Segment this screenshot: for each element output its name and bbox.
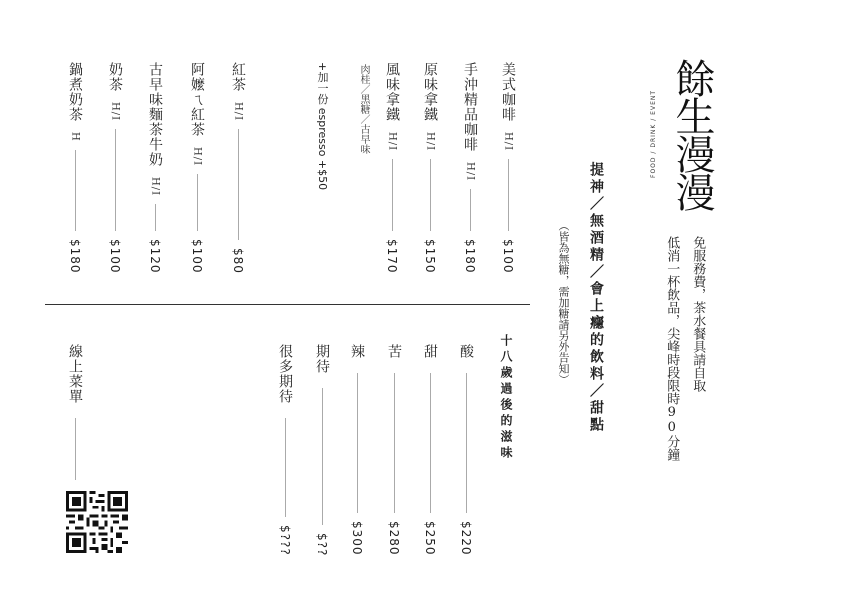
- item-size: H/I: [110, 102, 121, 121]
- item-price: $??: [315, 533, 329, 556]
- logo-tagline: FOOD / DRINK / EVENT: [650, 90, 657, 178]
- online-menu-label: 線上菜單: [68, 344, 82, 404]
- menu-item-pour-over: 手沖精品咖啡 H/I $180: [460, 62, 480, 274]
- item-name: 辣: [350, 344, 364, 359]
- leader-line: [285, 418, 286, 517]
- item-size: H: [70, 132, 81, 142]
- leader-line: [75, 150, 76, 232]
- item-name: 鍋煮奶茶: [68, 62, 82, 122]
- leader-line: [238, 129, 239, 240]
- leader-line: [155, 204, 156, 231]
- menu-item-sour: 酸 $220: [456, 344, 476, 556]
- item-price: $100: [190, 239, 204, 274]
- item-name: 很多期待: [278, 344, 292, 404]
- leader-line: [197, 174, 198, 231]
- adult-section-title: 十八歲過後的滋味: [500, 334, 512, 462]
- notice-minimum-order: 低消一杯飲品，尖峰時段限時90分鐘: [664, 236, 678, 461]
- menu-item-bitter: 苦 $280: [384, 344, 404, 556]
- menu-item-spicy: 辣 $300: [347, 344, 367, 556]
- menu-item-expectation: 期待 $??: [312, 344, 332, 556]
- item-price: $80: [231, 248, 245, 274]
- menu-item-pot-milk-tea: 鍋煮奶茶 H $180: [65, 62, 85, 274]
- item-price: $100: [501, 239, 515, 274]
- item-name: 奶茶: [108, 62, 122, 92]
- menu-item-flavored-latte: 風味拿鐵 H/I $170: [382, 62, 402, 274]
- menu-item-black-tea: 紅茶 H/I $80: [228, 62, 248, 274]
- item-price: $300: [350, 521, 364, 556]
- item-size: H/I: [233, 102, 244, 121]
- brand-logo: 餘生漫漫 FOOD / DRINK / EVENT: [650, 58, 720, 208]
- leader-line: [75, 418, 76, 480]
- item-name: 酸: [459, 344, 473, 359]
- drinks-section-subtitle: （皆為無糖，需加糖請另外告知）: [558, 220, 569, 385]
- item-size: H/I: [425, 132, 436, 151]
- flavor-options-note: 肉桂／黑糖／古早味: [358, 64, 368, 154]
- menu-item-many-expectations: 很多期待 $???: [275, 344, 295, 556]
- leader-line: [392, 159, 393, 231]
- item-size: H/I: [387, 132, 398, 151]
- leader-line: [470, 189, 471, 231]
- item-name: 阿嬤ㄟ紅茶: [190, 62, 204, 137]
- item-price: $180: [463, 239, 477, 274]
- item-size: H/I: [150, 177, 161, 196]
- item-name: 甜: [423, 344, 437, 359]
- item-price: $150: [423, 239, 437, 274]
- logo-text: 餘生漫漫: [672, 58, 712, 210]
- item-name: 苦: [387, 344, 401, 359]
- item-size: H/I: [503, 132, 514, 151]
- item-name: 期待: [315, 344, 329, 374]
- item-price: $???: [278, 525, 292, 556]
- section-divider: [45, 304, 530, 305]
- item-price: $180: [68, 239, 82, 274]
- item-size: H/I: [465, 162, 476, 181]
- item-name: 古早味麵茶牛奶: [148, 62, 162, 167]
- item-price: $250: [423, 521, 437, 556]
- item-name: 風味拿鐵: [385, 62, 399, 122]
- item-price: $100: [108, 239, 122, 274]
- item-price: $280: [387, 521, 401, 556]
- drinks-section-title: 提神／無酒精／會上癮的飲料／甜點: [589, 162, 603, 434]
- item-name: 美式咖啡: [501, 62, 515, 122]
- leader-line: [115, 129, 116, 231]
- item-name: 手沖精品咖啡: [463, 62, 477, 152]
- leader-line: [466, 373, 467, 513]
- menu-item-americano: 美式咖啡 H/I $100: [498, 62, 518, 274]
- qr-code-icon[interactable]: [66, 491, 128, 553]
- notice-service-fee: 免服務費，茶水餐具請自取: [690, 236, 704, 392]
- leader-line: [322, 388, 323, 525]
- menu-item-milk-tea: 奶茶 H/I $100: [105, 62, 125, 274]
- menu-item-sweet: 甜 $250: [420, 344, 440, 556]
- menu-item-flour-tea-milk: 古早味麵茶牛奶 H/I $120: [145, 62, 165, 274]
- item-name: 紅茶: [231, 62, 245, 92]
- leader-line: [394, 373, 395, 513]
- menu-item-grandma-black-tea: 阿嬤ㄟ紅茶 H/I $100: [187, 62, 207, 274]
- item-size: H/I: [192, 147, 203, 166]
- leader-line: [430, 159, 431, 231]
- leader-line: [430, 373, 431, 513]
- menu-item-latte: 原味拿鐵 H/I $150: [420, 62, 440, 274]
- item-price: $120: [148, 239, 162, 274]
- online-menu-label-group: 線上菜單: [65, 344, 85, 480]
- leader-line: [357, 373, 358, 513]
- espresso-addon: +加一份 espresso +$50: [314, 62, 330, 190]
- item-name: 原味拿鐵: [423, 62, 437, 122]
- leader-line: [508, 159, 509, 231]
- item-price: $170: [385, 239, 399, 274]
- item-price: $220: [459, 521, 473, 556]
